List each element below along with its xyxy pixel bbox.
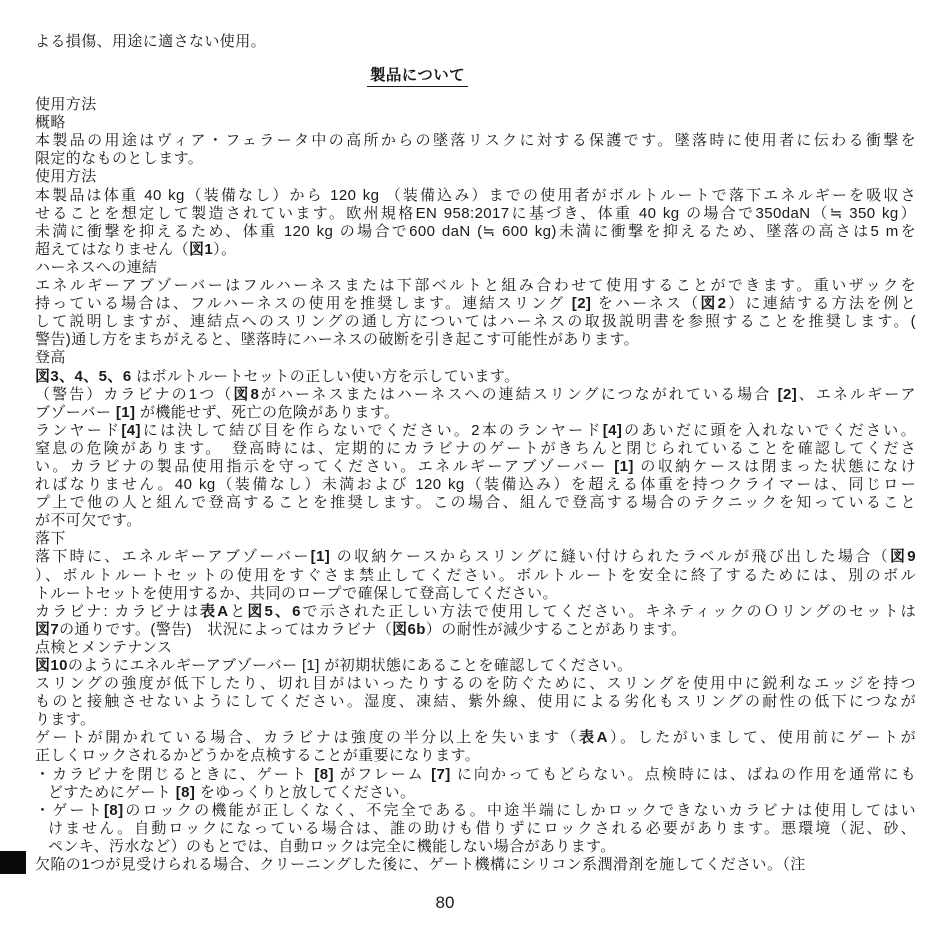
text-run: い。カラビナの製品使用指示を守ってください。エネルギーアブゾーバー — [35, 458, 614, 475]
text-run: [4] — [603, 422, 623, 439]
text-run: 落下時に、エネルギーアブゾーバー — [35, 548, 311, 565]
section-heading: 概略 — [35, 114, 916, 132]
text-run: [2] — [778, 386, 798, 403]
text-line: ものと接触させないようにしてください。湿度、凍結、紫外線、使用による劣化もスリン… — [35, 693, 916, 711]
section-heading: 点検とメンテナンス — [35, 639, 916, 657]
text-line: 未満に衝撃を抑えるため、体重 120 kg の場合で600 daN (≒ 600… — [35, 223, 916, 241]
text-run: [8] — [176, 784, 196, 801]
text-run: 未満に衝撃を抑えるため、体重 120 kg の場合で600 daN (≒ 600… — [35, 223, 916, 240]
text-run: が機能せず、死亡の危険があります。 — [135, 404, 399, 421]
text-line: エネルギーアブゾーバーはフルハーネスまたは下部ベルトと組み合わせて使用することが… — [35, 277, 916, 295]
text-line: 図7の通りです。(警告) 状況によってはカラビナ（図6b）の耐性が減少することが… — [35, 621, 916, 639]
text-run: の収納ケースは閉まった状態になけ — [634, 458, 916, 475]
text-run: で示された正しい方法で使用してください。キネティックのＯリングのセットは — [301, 603, 916, 620]
text-line: 欠陥の1つが見受けられる場合、クリーニングした後に、ゲート機構にシリコン系潤滑剤… — [35, 856, 916, 874]
text-line: カラビナ: カラビナは表Aと図5、6で示された正しい方法で使用してください。キネ… — [35, 603, 916, 621]
text-run: ブゾーバー — [35, 404, 116, 421]
text-run: が不可欠です。 — [35, 512, 142, 529]
text-line: 限定的なものとします。 — [35, 150, 916, 168]
text-run: 本製品は体重 40 kg（装備なし）から 120 kg （装備込み）までの使用者… — [35, 187, 916, 204]
text-line: どすためにゲート [8] をゆっくりと放してください。 — [35, 784, 916, 802]
text-run: ペンキ、汚水など）のもとでは、自動ロックは完全に機能しない場合があります。 — [48, 838, 616, 855]
text-run: ・ゲート — [35, 802, 104, 819]
text-run: トルートセットを使用するか、共同のロープで確保して登高してください。 — [35, 585, 558, 602]
text-run: 正しくロックされるかどうかを点検することが重要になります。 — [35, 747, 480, 764]
text-run: 点検とメンテナンス — [35, 639, 172, 656]
text-run: の通りです。(警告) 状況によってはカラビナ（ — [59, 621, 392, 638]
text-line: けません。自動ロックになっている場合は、誰の助けも借りずにロックされる必要があり… — [35, 820, 916, 838]
text-run: 限定的なものとします。 — [35, 150, 203, 167]
text-run: 図1 — [189, 241, 213, 258]
text-run: 表A — [200, 603, 228, 620]
text-line: 正しくロックされるかどうかを点検することが重要になります。 — [35, 747, 916, 765]
text-run: どすためにゲート — [48, 784, 176, 801]
text-line: スリングの強度が低下したり、切れ目がはいったりするのを防ぐために、スリングを使用… — [35, 675, 916, 693]
text-line: せることを想定して製造されています。欧州規格EN 958:2017に基づき、体重… — [35, 205, 916, 223]
text-run: 図7 — [35, 621, 59, 638]
text-line: よる損傷、用途に適さない使用。 — [35, 33, 916, 51]
text-run: と — [228, 603, 247, 620]
text-run: をゆっくりと放してください。 — [195, 784, 415, 801]
edge-thumb-mark — [0, 851, 26, 874]
text-line: 警告)通し方をまちがえると、墜落時にハーネスの破断を引き起こす可能性があります。 — [35, 331, 916, 349]
text-run: スリングの強度が低下したり、切れ目がはいったりするのを防ぐために、スリングを使用… — [35, 675, 916, 692]
text-run: [1] — [614, 458, 634, 475]
text-run: よる損傷、用途に適さない使用。 — [35, 33, 266, 50]
text-run: ります。 — [35, 711, 95, 728]
text-run: 窒息の危険があります。 登高時には、定期的にカラビナのゲートがきちんと閉じられて… — [35, 440, 916, 457]
text-run: 表A — [579, 729, 608, 746]
section-heading: 登高 — [35, 349, 916, 367]
text-run: [4] — [121, 422, 141, 439]
text-run: けません。自動ロックになっている場合は、誰の助けも借りずにロックされる必要があり… — [48, 820, 916, 837]
text-run: はボルトルートセットの正しい使い方を示しています。 — [132, 368, 520, 385]
text-line: ブゾーバー [1] が機能せず、死亡の危険があります。 — [35, 404, 916, 422]
text-run: して説明しますが、連結点へのスリングの通し方についてはハーネスの取扱説明書を参照… — [35, 313, 916, 330]
text-run: ）。 — [213, 241, 236, 258]
text-run: 持っている場合は、フルハーネスの使用を推奨します。連結スリング — [35, 295, 572, 312]
text-run: [7] — [431, 766, 451, 783]
text-run: （警告）カラビナの1つ（ — [35, 386, 233, 403]
text-run: 製品について — [367, 66, 468, 87]
text-run: 概略 — [35, 114, 66, 131]
text-run: ものと接触させないようにしてください。湿度、凍結、紫外線、使用による劣化もスリン… — [35, 693, 916, 710]
text-line: 窒息の危険があります。 登高時には、定期的にカラビナのゲートがきちんと閉じられて… — [35, 440, 916, 458]
manual-page: { "page": { "number": "80", "background_… — [0, 0, 950, 950]
text-run: 落下 — [35, 530, 66, 547]
text-line: い。カラビナの製品使用指示を守ってください。エネルギーアブゾーバー [1] の収… — [35, 458, 916, 476]
text-run: [1] — [116, 404, 136, 421]
text-line: トルートセットを使用するか、共同のロープで確保して登高してください。 — [35, 585, 916, 603]
document-body: よる損傷、用途に適さない使用。製品について使用方法概略本製品の用途はヴィア・フェ… — [35, 33, 916, 874]
text-run: [8] — [314, 766, 334, 783]
text-line: 本製品は体重 40 kg（装備なし）から 120 kg （装備込み）までの使用者… — [35, 187, 916, 205]
text-line: 図10のようにエネルギーアブゾーバー [1] が初期状態にあることを確認してくだ… — [35, 657, 916, 675]
text-run: 図5、6 — [247, 603, 301, 620]
section-heading: 使用方法 — [35, 168, 916, 186]
text-line: （警告）カラビナの1つ（図8がハーネスまたはハーネスへの連結スリングにつながれて… — [35, 386, 916, 404]
text-run: エネルギーアブゾーバーはフルハーネスまたは下部ベルトと組み合わせて使用することが… — [35, 277, 916, 294]
text-run: [1] — [311, 548, 331, 565]
text-line: ・カラビナを閉じるときに、ゲート [8] がフレーム [7] に向かってもどらな… — [35, 766, 916, 784]
text-line: ればなりません。40 kg（装備なし）未満および 120 kg（装備込み）を超え… — [35, 476, 916, 494]
text-line: 本製品の用途はヴィア・フェラータ中の高所からの墜落リスクに対する保護です。墜落時… — [35, 132, 916, 150]
text-run: 登高 — [35, 349, 66, 366]
text-run: ・カラビナを閉じるときに、ゲート — [35, 766, 314, 783]
text-line: ゲートが開かれている場合、カラビナは強度の半分以上を失います（表A）。したがいま… — [35, 729, 916, 747]
text-line: ペンキ、汚水など）のもとでは、自動ロックは完全に機能しない場合があります。 — [35, 838, 916, 856]
text-line: ります。 — [35, 711, 916, 729]
text-run: ）。したがいまして、使用前にゲートが — [608, 729, 916, 746]
text-line: ランヤード[4]には決して結び目を作らないでください。2本のランヤード[4]のあ… — [35, 422, 916, 440]
text-run: のロックの機能が正しくなく、不完全である。中途半端にしかロックできないカラビナは… — [124, 802, 916, 819]
section-heading: 落下 — [35, 530, 916, 548]
text-run: ゲートが開かれている場合、カラビナは強度の半分以上を失います（ — [35, 729, 579, 746]
text-run: プ上で他の人と組んで登高することを推奨します。この場合、組んで登高する場合のテク… — [35, 494, 916, 511]
text-run: 使用方法 — [35, 96, 97, 113]
section-heading: 使用方法 — [35, 96, 916, 114]
text-run: 図8 — [233, 386, 259, 403]
text-run: に向かってもどらない。点検時には、ばねの作用を通常にも — [451, 766, 916, 783]
text-run: 、エネルギーア — [797, 386, 916, 403]
text-run: の収納ケースからスリングに縫い付けられたラベルが飛び出した場合（ — [330, 548, 890, 565]
text-run: ランヤード — [35, 422, 121, 439]
text-run: 図9 — [890, 548, 916, 565]
text-run: ハーネスへの連結 — [35, 259, 157, 276]
section-title: 製品について — [35, 66, 800, 87]
text-run: 欠陥の1つが見受けられる場合、クリーニングした後に、ゲート機構にシリコン系潤滑剤… — [35, 856, 806, 873]
text-line: プ上で他の人と組んで登高することを推奨します。この場合、組んで登高する場合のテク… — [35, 494, 916, 512]
text-line: 図3、4、5、6 はボルトルートセットの正しい使い方を示しています。 — [35, 368, 916, 386]
text-run: 図10 — [35, 657, 68, 674]
text-run: ）、ボルトルートセットの使用をすぐさま禁止してください。ボルトルートを安全に終了… — [35, 567, 916, 584]
text-run: [2] — [572, 295, 592, 312]
text-run: 図3、4、5、6 — [35, 368, 132, 385]
text-line: 持っている場合は、フルハーネスの使用を推奨します。連結スリング [2] をハーネ… — [35, 295, 916, 313]
page-number: 80 — [0, 893, 890, 913]
text-run: ればなりません。40 kg（装備なし）未満および 120 kg（装備込み）を超え… — [35, 476, 916, 493]
text-run: 本製品の用途はヴィア・フェラータ中の高所からの墜落リスクに対する保護です。墜落時… — [35, 132, 916, 149]
text-run: のあいだに頭を入れないでください。 — [622, 422, 916, 439]
text-line: ・ゲート[8]のロックの機能が正しくなく、不完全である。中途半端にしかロックでき… — [35, 802, 916, 820]
text-run: ）に連結する方法を例と — [726, 295, 916, 312]
text-run: をハーネス（ — [591, 295, 700, 312]
text-run: 使用方法 — [35, 168, 97, 185]
text-line: して説明しますが、連結点へのスリングの通し方についてはハーネスの取扱説明書を参照… — [35, 313, 916, 331]
text-run: [8] — [104, 802, 124, 819]
text-run: ）の耐性が減少することがあります。 — [426, 621, 687, 638]
text-run: せることを想定して製造されています。欧州規格EN 958:2017に基づき、体重… — [35, 205, 916, 222]
text-run: カラビナ: カラビナは — [35, 603, 200, 620]
text-run: のようにエネルギーアブゾーバー [1] が初期状態にあることを確認してください。 — [68, 657, 633, 674]
text-run: がハーネスまたはハーネスへの連結スリングにつながれている場合 — [259, 386, 777, 403]
text-line: が不可欠です。 — [35, 512, 916, 530]
text-run: には決して結び目を作らないでください。2本のランヤード — [141, 422, 603, 439]
text-run: 図6b — [392, 621, 426, 638]
section-heading: ハーネスへの連結 — [35, 259, 916, 277]
text-line: 落下時に、エネルギーアブゾーバー[1] の収納ケースからスリングに縫い付けられた… — [35, 548, 916, 566]
text-line: 超えてはなりません（図1）。 — [35, 241, 916, 259]
text-run: がフレーム — [334, 766, 431, 783]
text-run: 超えてはなりません（ — [35, 241, 189, 258]
text-run: 図2 — [700, 295, 726, 312]
text-line: ）、ボルトルートセットの使用をすぐさま禁止してください。ボルトルートを安全に終了… — [35, 567, 916, 585]
text-run: 警告)通し方をまちがえると、墜落時にハーネスの破断を引き起こす可能性があります。 — [35, 331, 639, 348]
